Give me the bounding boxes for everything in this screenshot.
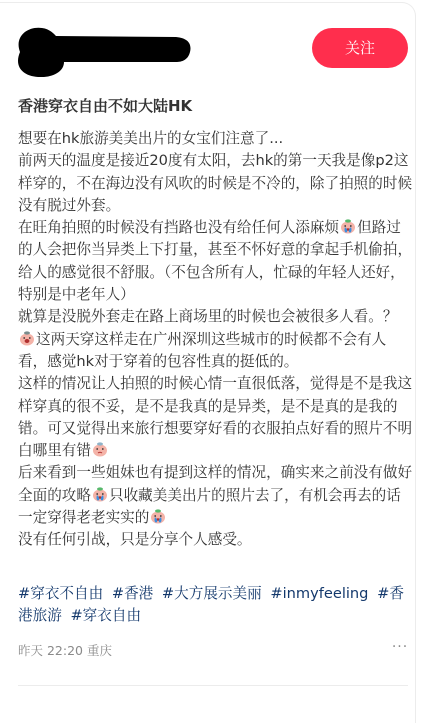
body-text-segment: 没有任何引战，只是分享个人感受。: [18, 531, 252, 548]
hashtag-link[interactable]: #穿衣不自由: [18, 585, 103, 602]
crying-face-icon: [150, 508, 166, 524]
sad-face-icon: [92, 441, 108, 457]
post-time: 昨天 22:20: [18, 643, 83, 658]
body-paragraph: 这样的情况让人拍照的时候心情一直很低落，觉得是不是我这样穿真的很不妥，是不是我真…: [18, 373, 414, 462]
body-text-segment: 在旺角拍照的时候没有挡路也没有给任何人添麻烦: [18, 219, 339, 236]
divider: [18, 685, 408, 686]
hashtag-link[interactable]: #inmyfeeling: [270, 585, 368, 602]
follow-button[interactable]: 关注: [312, 28, 408, 68]
crying-face-icon: [92, 486, 108, 502]
post-title: 香港穿衣自由不如大陆HK: [18, 95, 192, 117]
redacted-author-mark: [6, 22, 191, 77]
hashtag-link[interactable]: #大方展示美丽: [162, 585, 262, 602]
post-location: 重庆: [87, 643, 112, 658]
body-paragraph: 在旺角拍照的时候没有挡路也没有给任何人添麻烦但路过的人会把你当异类上下打量，甚至…: [18, 217, 414, 306]
body-text-segment: 这两天穿这样走在广州深圳这些城市的时候都不会有人看，感觉hk对于穿着的包容性真的…: [18, 331, 386, 370]
body-paragraph: 就算是没脱外套走在路上商场里的时候也会被很多人看。？这两天穿这样走在广州深圳这些…: [18, 306, 414, 373]
body-text-segment: 前两天的温度是接近20度有太阳，去hk的第一天我是像p2这样穿的，不在海边没有风…: [18, 152, 412, 214]
post-header: 关注: [0, 0, 427, 90]
post-body: 想要在hk旅游美美出片的女宝们注意了...前两天的温度是接近20度有太阳，去hk…: [18, 128, 414, 552]
body-text-segment: 想要在hk旅游美美出片的女宝们注意了...: [18, 130, 283, 147]
more-options-button[interactable]: ···: [388, 641, 412, 657]
hashtag-list: #穿衣不自由 #香港 #大方展示美丽 #inmyfeeling #香港旅游 #穿…: [18, 583, 414, 628]
body-text-segment: 就算是没脱外套走在路上商场里的时候也会被很多人看。？: [18, 308, 397, 325]
crying-face-icon: [340, 218, 356, 234]
body-paragraph: 想要在hk旅游美美出片的女宝们注意了...: [18, 128, 414, 150]
body-text-segment: 这样的情况让人拍照的时候心情一直很低落，觉得是不是我这样穿真的很不妥，是不是我真…: [18, 375, 412, 459]
hashtag-link[interactable]: #穿衣自由: [70, 607, 141, 624]
post-meta: 昨天 22:20 重庆: [18, 643, 112, 659]
screaming-face-icon: [19, 330, 35, 346]
hashtag-link[interactable]: #香港: [112, 585, 153, 602]
body-paragraph: 没有任何引战，只是分享个人感受。: [18, 529, 414, 551]
body-paragraph: 后来看到一些姐妹也有提到这样的情况，确实来之前没有做好全面的攻略只收藏美美出片的…: [18, 462, 414, 529]
body-paragraph: 前两天的温度是接近20度有太阳，去hk的第一天我是像p2这样穿的，不在海边没有风…: [18, 150, 414, 217]
